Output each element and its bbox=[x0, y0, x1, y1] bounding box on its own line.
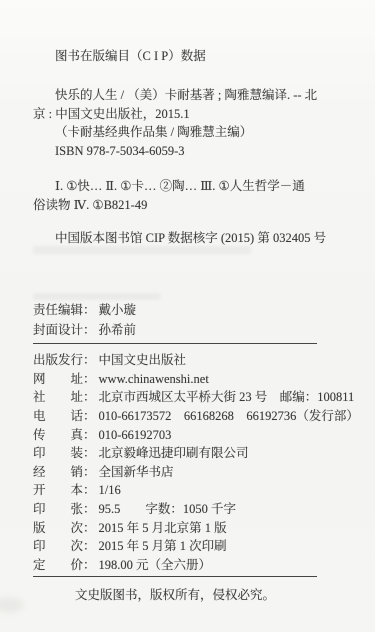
publication-value: 010-66192703 bbox=[99, 428, 172, 442]
colon: ： bbox=[83, 537, 96, 556]
colon: ： bbox=[83, 300, 96, 320]
publication-value: 全国新华书店 bbox=[99, 465, 174, 479]
publication-value: www.chinawenshi.net bbox=[99, 372, 209, 386]
publication-block: 出版发行：中国文史出版社 网 址：www.chinawenshi.net 社 址… bbox=[33, 351, 363, 575]
publication-row: 传 真：010-66192703 bbox=[33, 426, 363, 445]
publication-label: 开 本 bbox=[33, 481, 83, 500]
colon: ： bbox=[83, 370, 96, 389]
divider-line-top bbox=[33, 343, 317, 344]
publication-value: 中国文史出版社 bbox=[99, 353, 187, 367]
publication-row: 经 销：全国新华书店 bbox=[33, 463, 363, 482]
cip-catalog-line: 快乐的人生 / （美）卡耐基著 ; 陶雅慧编译. -- 北 bbox=[33, 86, 353, 105]
bleed-through-artifact bbox=[33, 246, 251, 254]
publication-row: 印 张：95.5 字数：1050 千字 bbox=[33, 500, 363, 519]
colon: ： bbox=[83, 407, 96, 426]
publication-label: 传 真 bbox=[33, 426, 83, 445]
colon: ： bbox=[83, 463, 96, 482]
colophon-page: 图书在版编目（C I P）数据 快乐的人生 / （美）卡耐基著 ; 陶雅慧编译.… bbox=[0, 0, 375, 632]
cip-catalog-block: 快乐的人生 / （美）卡耐基著 ; 陶雅慧编译. -- 北 京 : 中国文史出版… bbox=[33, 86, 353, 160]
publication-row: 电 话：010-66173572 66168268 66192736（发行部） bbox=[33, 407, 363, 426]
publication-label: 印 装 bbox=[33, 444, 83, 463]
colon: ： bbox=[83, 556, 96, 575]
cip-classification-line: 俗读物 Ⅳ. ①B821-49 bbox=[33, 196, 353, 215]
staff-label: 封面设计 bbox=[33, 320, 83, 340]
staff-value: 孙希前 bbox=[99, 323, 137, 337]
publication-row: 版 次：2015 年 5 月北京第 1 版 bbox=[33, 519, 363, 538]
cip-classification-block: Ⅰ. ①快… Ⅱ. ①卡… ②陶… Ⅲ. ①人生哲学－通 俗读物 Ⅳ. ①B82… bbox=[33, 177, 353, 214]
colon: ： bbox=[83, 481, 96, 500]
publication-value: 010-66173572 66168268 66192736（发行部） bbox=[99, 409, 359, 423]
publication-row: 出版发行：中国文史出版社 bbox=[33, 351, 363, 370]
colon: ： bbox=[83, 320, 96, 340]
colon: ： bbox=[83, 426, 96, 445]
colon: ： bbox=[83, 500, 96, 519]
cip-catalog-line: 京 : 中国文史出版社，2015.1 bbox=[33, 105, 353, 124]
publication-label: 印 次 bbox=[33, 537, 83, 556]
publication-label: 电 话 bbox=[33, 407, 83, 426]
divider-line-bottom bbox=[33, 576, 317, 577]
staff-row: 责任编辑：戴小璇 bbox=[33, 300, 136, 320]
colon: ： bbox=[83, 519, 96, 538]
publication-row: 印 次：2015 年 5 月第 1 次印刷 bbox=[33, 537, 363, 556]
publication-label: 经 销 bbox=[33, 463, 83, 482]
colon: ： bbox=[83, 388, 96, 407]
publication-value: 198.00 元（全六册） bbox=[99, 558, 212, 572]
bleed-through-artifact bbox=[33, 293, 161, 300]
publication-row: 开 本：1/16 bbox=[33, 481, 363, 500]
cip-title: 图书在版编目（C I P）数据 bbox=[55, 46, 206, 64]
publication-value: 北京市西城区太平桥大街 23 号 邮编：100811 bbox=[99, 390, 355, 404]
cip-catalog-line: ISBN 978-7-5034-6059-3 bbox=[33, 142, 353, 161]
publication-label: 印 张 bbox=[33, 500, 83, 519]
publication-value: 2015 年 5 月北京第 1 版 bbox=[99, 521, 227, 535]
publication-label: 网 址 bbox=[33, 370, 83, 389]
publication-row: 印 装：北京毅峰迅捷印刷有限公司 bbox=[33, 444, 363, 463]
publication-label: 社 址 bbox=[33, 388, 83, 407]
cip-classification-line: Ⅰ. ①快… Ⅱ. ①卡… ②陶… Ⅲ. ①人生哲学－通 bbox=[33, 177, 353, 196]
copyright-notice: 文史版图书，版权所有，侵权必究。 bbox=[33, 585, 317, 603]
publication-value: 1/16 bbox=[99, 483, 121, 497]
publication-row: 网 址：www.chinawenshi.net bbox=[33, 370, 363, 389]
publication-row: 社 址：北京市西城区太平桥大街 23 号 邮编：100811 bbox=[33, 388, 363, 407]
publication-value: 2015 年 5 月第 1 次印刷 bbox=[99, 539, 227, 553]
publication-value: 北京毅峰迅捷印刷有限公司 bbox=[99, 446, 249, 460]
publication-label: 版 次 bbox=[33, 519, 83, 538]
colon: ： bbox=[83, 351, 96, 370]
staff-block: 责任编辑：戴小璇 封面设计：孙希前 bbox=[33, 300, 136, 340]
publication-row: 定 价：198.00 元（全六册） bbox=[33, 556, 363, 575]
colon: ： bbox=[83, 444, 96, 463]
staff-label: 责任编辑 bbox=[33, 300, 83, 320]
staff-row: 封面设计：孙希前 bbox=[33, 320, 136, 340]
cip-catalog-line: （卡耐基经典作品集 / 陶雅慧主编） bbox=[33, 123, 353, 142]
cip-record-number: 中国版本图书馆 CIP 数据核字 (2015) 第 032405 号 bbox=[55, 228, 326, 246]
publication-label: 出版发行 bbox=[33, 351, 83, 370]
publication-value: 95.5 字数：1050 千字 bbox=[99, 502, 237, 516]
staff-value: 戴小璇 bbox=[99, 303, 137, 317]
publication-label: 定 价 bbox=[33, 556, 83, 575]
scan-smudge bbox=[0, 597, 24, 613]
